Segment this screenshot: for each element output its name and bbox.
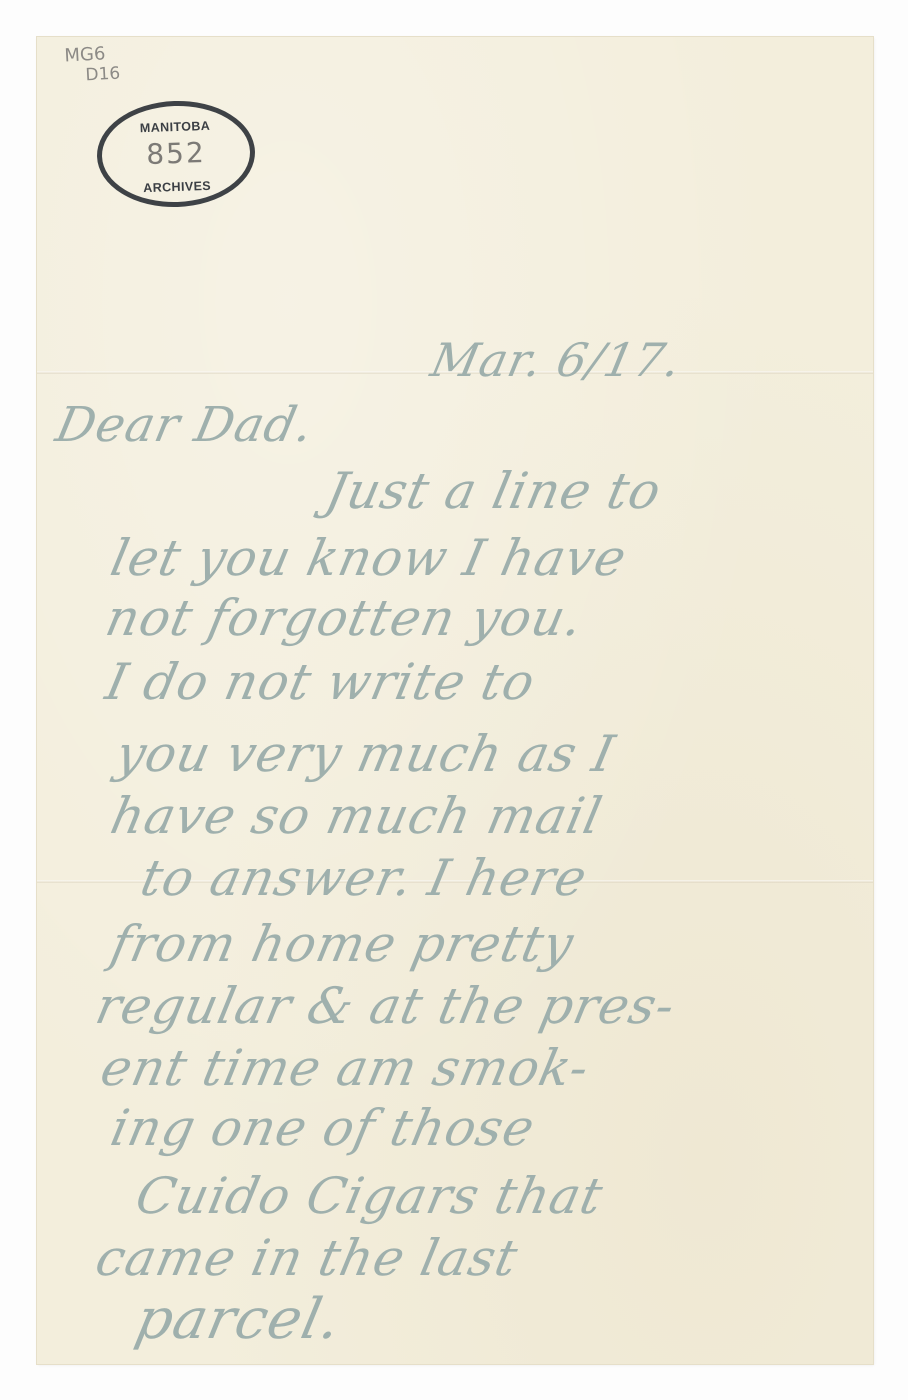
letter-page: MG6 D16 MANITOBA 852 ARCHIVES Mar. 6/17.…	[37, 37, 873, 1364]
body-line: let you know I have	[106, 529, 632, 587]
body-line: Just a line to	[321, 462, 667, 520]
body-line: I do not write to	[101, 653, 541, 711]
body-line: not forgotten you.	[101, 589, 589, 647]
body-line: ent time am smok-	[96, 1039, 595, 1097]
catalog-mark-line2: D16	[85, 64, 121, 86]
salutation: Dear Dad.	[51, 397, 319, 453]
stamp-top-text: MANITOBA	[101, 117, 249, 136]
body-line: ing one of those	[106, 1099, 540, 1157]
body-line: from home pretty	[106, 915, 579, 973]
body-line: you very much as I	[111, 725, 620, 783]
body-line: have so much mail	[106, 787, 608, 845]
body-line: parcel.	[130, 1287, 347, 1352]
body-line: Cuido Cigars that	[131, 1167, 609, 1225]
stamp-number: 852	[101, 134, 250, 172]
catalog-mark: MG6 D16	[64, 44, 121, 87]
archive-stamp: MANITOBA 852 ARCHIVES	[95, 98, 257, 209]
stamp-bottom-text: ARCHIVES	[103, 177, 251, 196]
body-line: to answer. I here	[136, 849, 593, 907]
letter-date: Mar. 6/17.	[426, 333, 686, 387]
body-line: regular & at the pres-	[91, 977, 681, 1035]
body-line: came in the last	[91, 1229, 523, 1287]
